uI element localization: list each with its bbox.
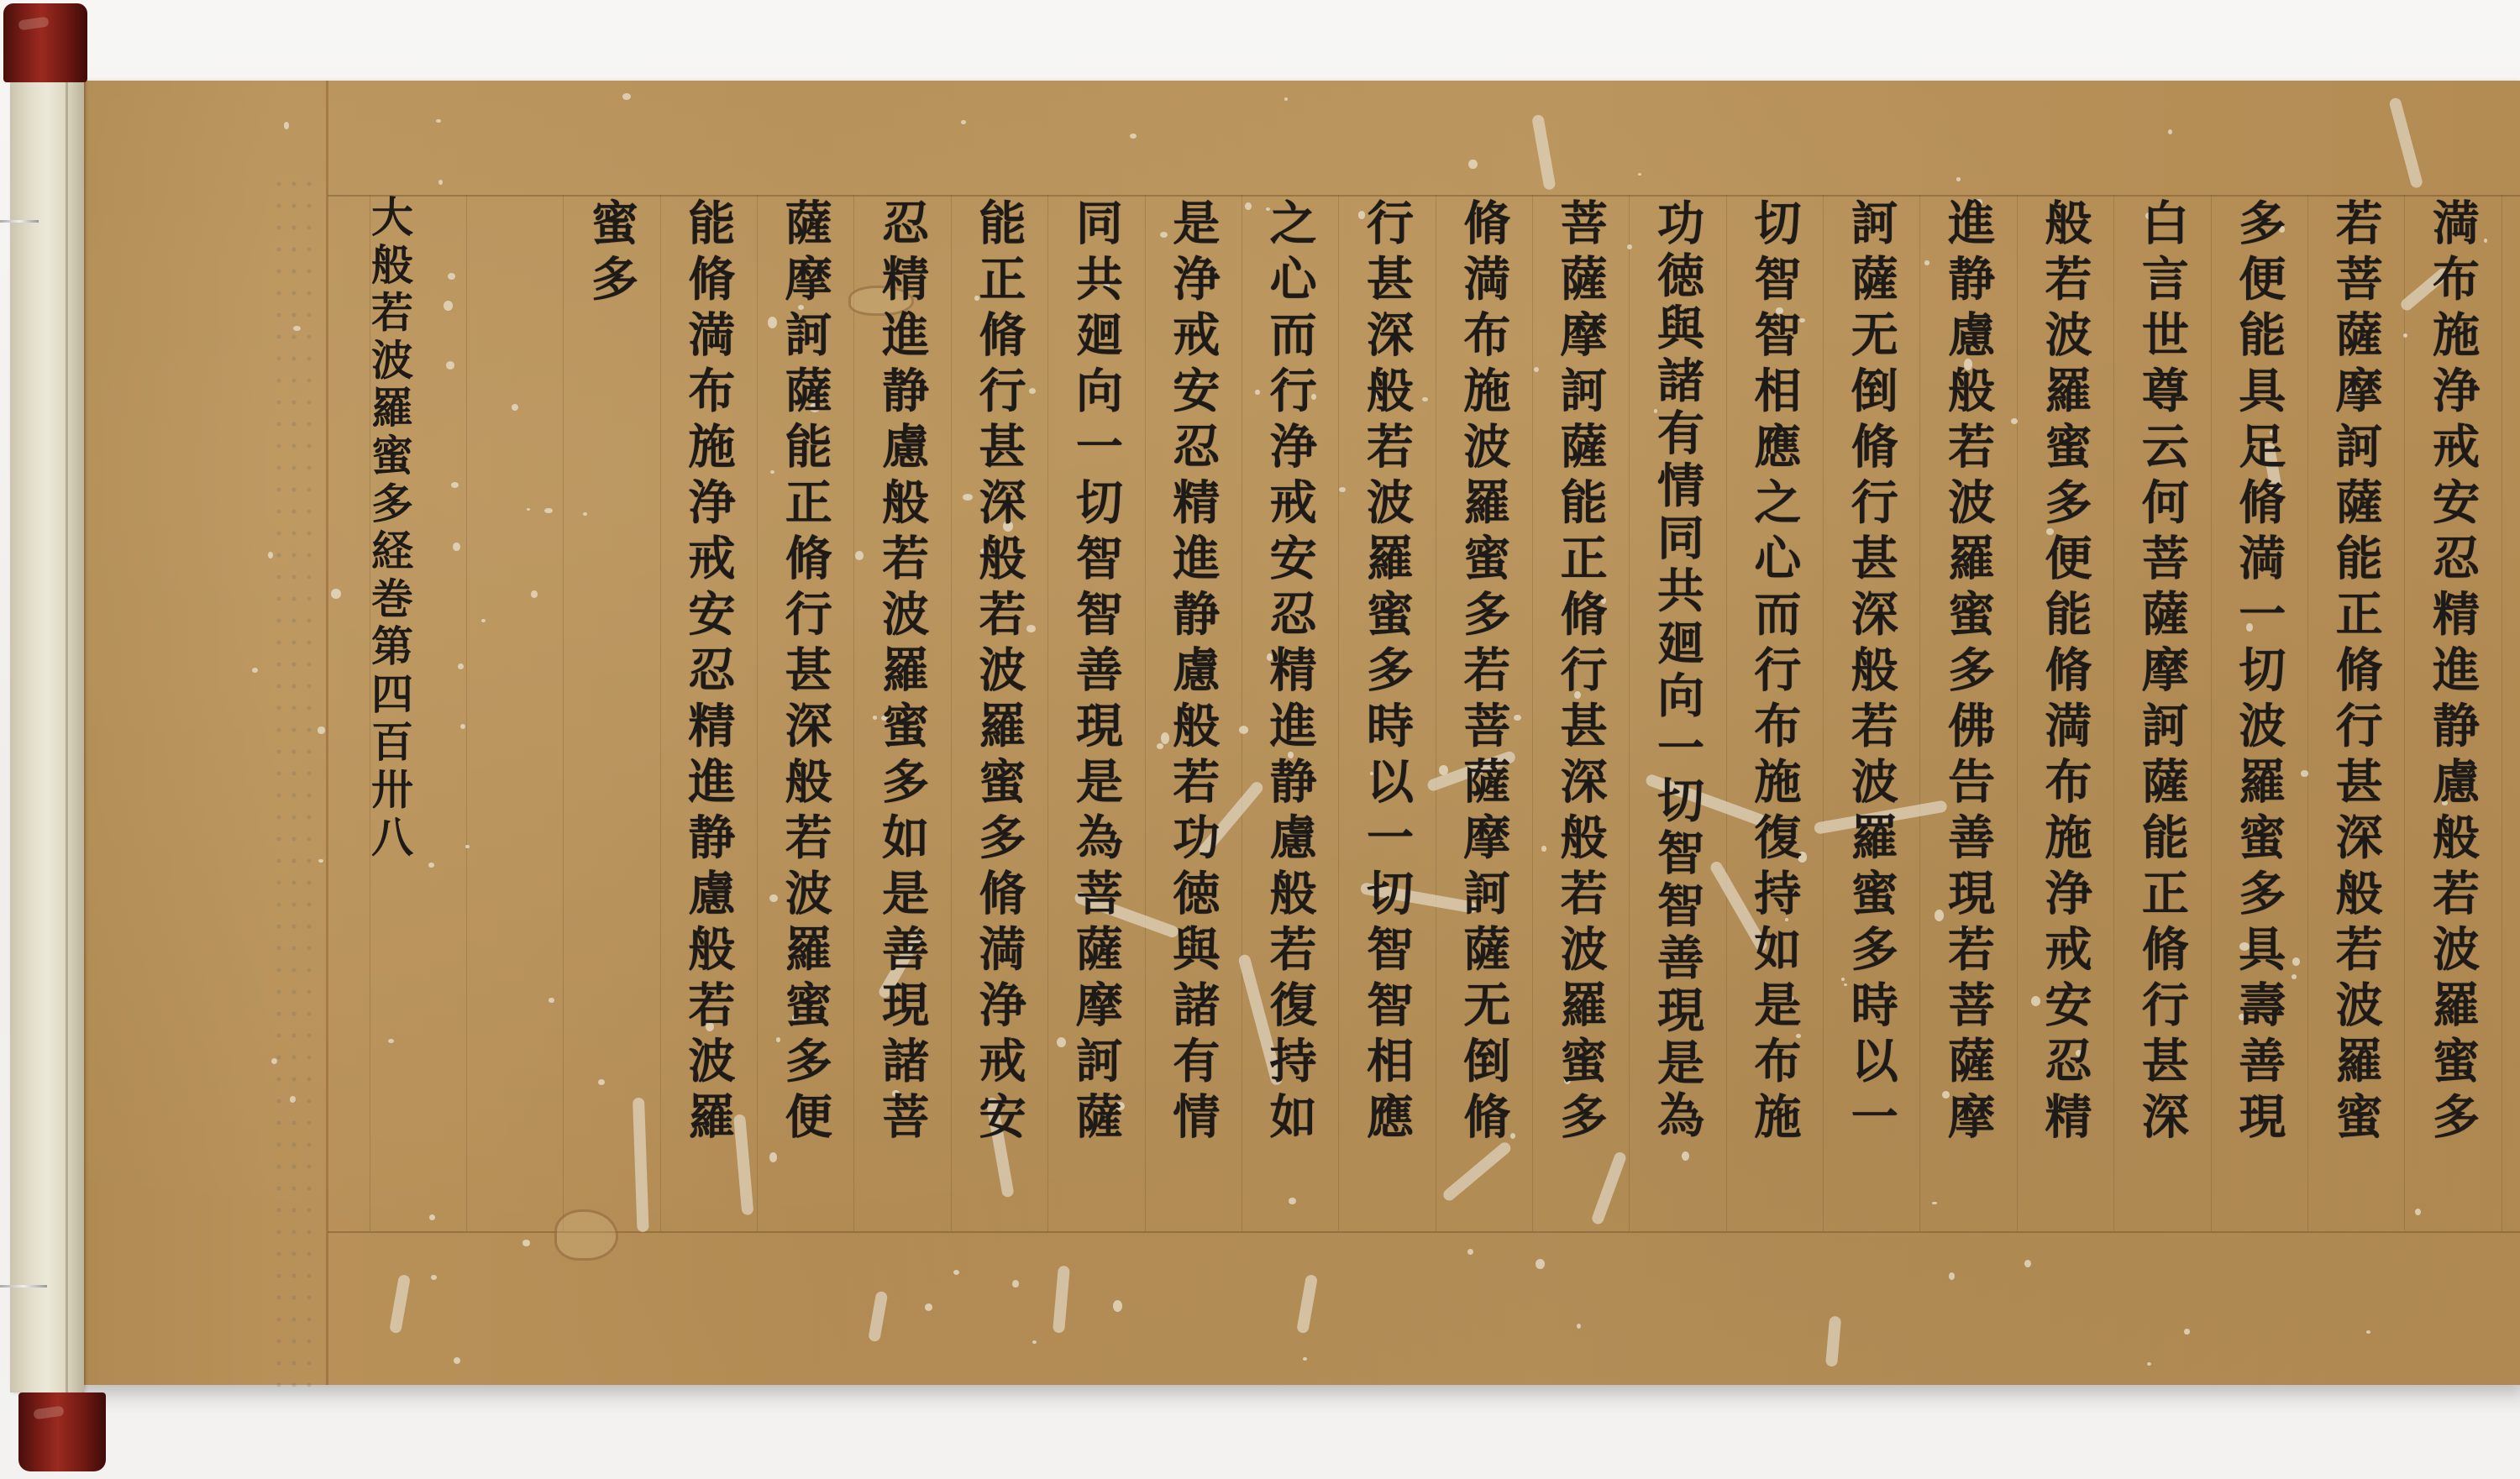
- text-column: 満布施浄戒安忍精進静慮般若波羅蜜多: [2429, 198, 2476, 1148]
- mold-speckle: [271, 173, 322, 1391]
- text-column: 忍精進静慮般若波羅蜜多如是善現諸菩: [879, 198, 926, 1148]
- sutra-title: 大般若波羅蜜多経巻第四百卅八: [368, 195, 410, 863]
- text-column: 蜜多: [588, 198, 635, 310]
- bottom-ruling-line: [328, 1231, 2520, 1233]
- text-column: 之心而行浄戒安忍精進静慮般若復持如: [1267, 198, 1314, 1148]
- roller-crease: [66, 81, 68, 1392]
- text-column: 訶薩无倒脩行甚深般若波羅蜜多時以一: [1848, 198, 1895, 1148]
- text-column: 同共廻向一切智智善現是為菩薩摩訶薩: [1073, 198, 1120, 1148]
- text-column: 若菩薩摩訶薩能正脩行甚深般若波羅蜜: [2333, 198, 2380, 1148]
- text-column: 脩満布施波羅蜜多若菩薩摩訶薩无倒脩: [1460, 198, 1507, 1148]
- text-column: 行甚深般若波羅蜜多時以一切智智相應: [1363, 198, 1410, 1148]
- text-column: 薩摩訶薩能正脩行甚深般若波羅蜜多便: [782, 198, 829, 1148]
- text-column: 功徳與諸有情同共廻向一切智智善現是為: [1654, 198, 1701, 1143]
- text-column: 能脩満布施浄戒安忍精進静慮般若波羅: [685, 198, 732, 1148]
- text-column: 能正脩行甚深般若波羅蜜多脩満浄戒安: [975, 198, 1022, 1148]
- text-column: 般若波羅蜜多便能脩満布施浄戒安忍精: [2042, 198, 2089, 1148]
- text-column: 白言世尊云何菩薩摩訶薩能正脩行甚深: [2139, 198, 2186, 1148]
- endpaper-seam: [326, 81, 328, 1385]
- mounting-pin-bottom: [0, 1285, 47, 1288]
- text-column: 菩薩摩訶薩能正脩行甚深般若波羅蜜多: [1557, 198, 1604, 1148]
- text-column: 是浄戒安忍精進静慮般若功徳與諸有情: [1169, 198, 1216, 1148]
- text-column: 進静慮般若波羅蜜多佛告善現若菩薩摩: [1945, 198, 1992, 1148]
- text-column: 多便能具足脩満一切波羅蜜多具壽善現: [2235, 198, 2282, 1148]
- top-ruling-line: [328, 195, 2520, 197]
- roller-cap-bottom: [18, 1392, 106, 1471]
- roller-cap-top: [3, 3, 87, 82]
- text-column: 切智智相應之心而行布施復持如是布施: [1751, 198, 1798, 1148]
- mounting-pin-top: [0, 220, 39, 223]
- scroll-roller: [10, 81, 84, 1392]
- paper-shadow: [82, 1385, 2520, 1413]
